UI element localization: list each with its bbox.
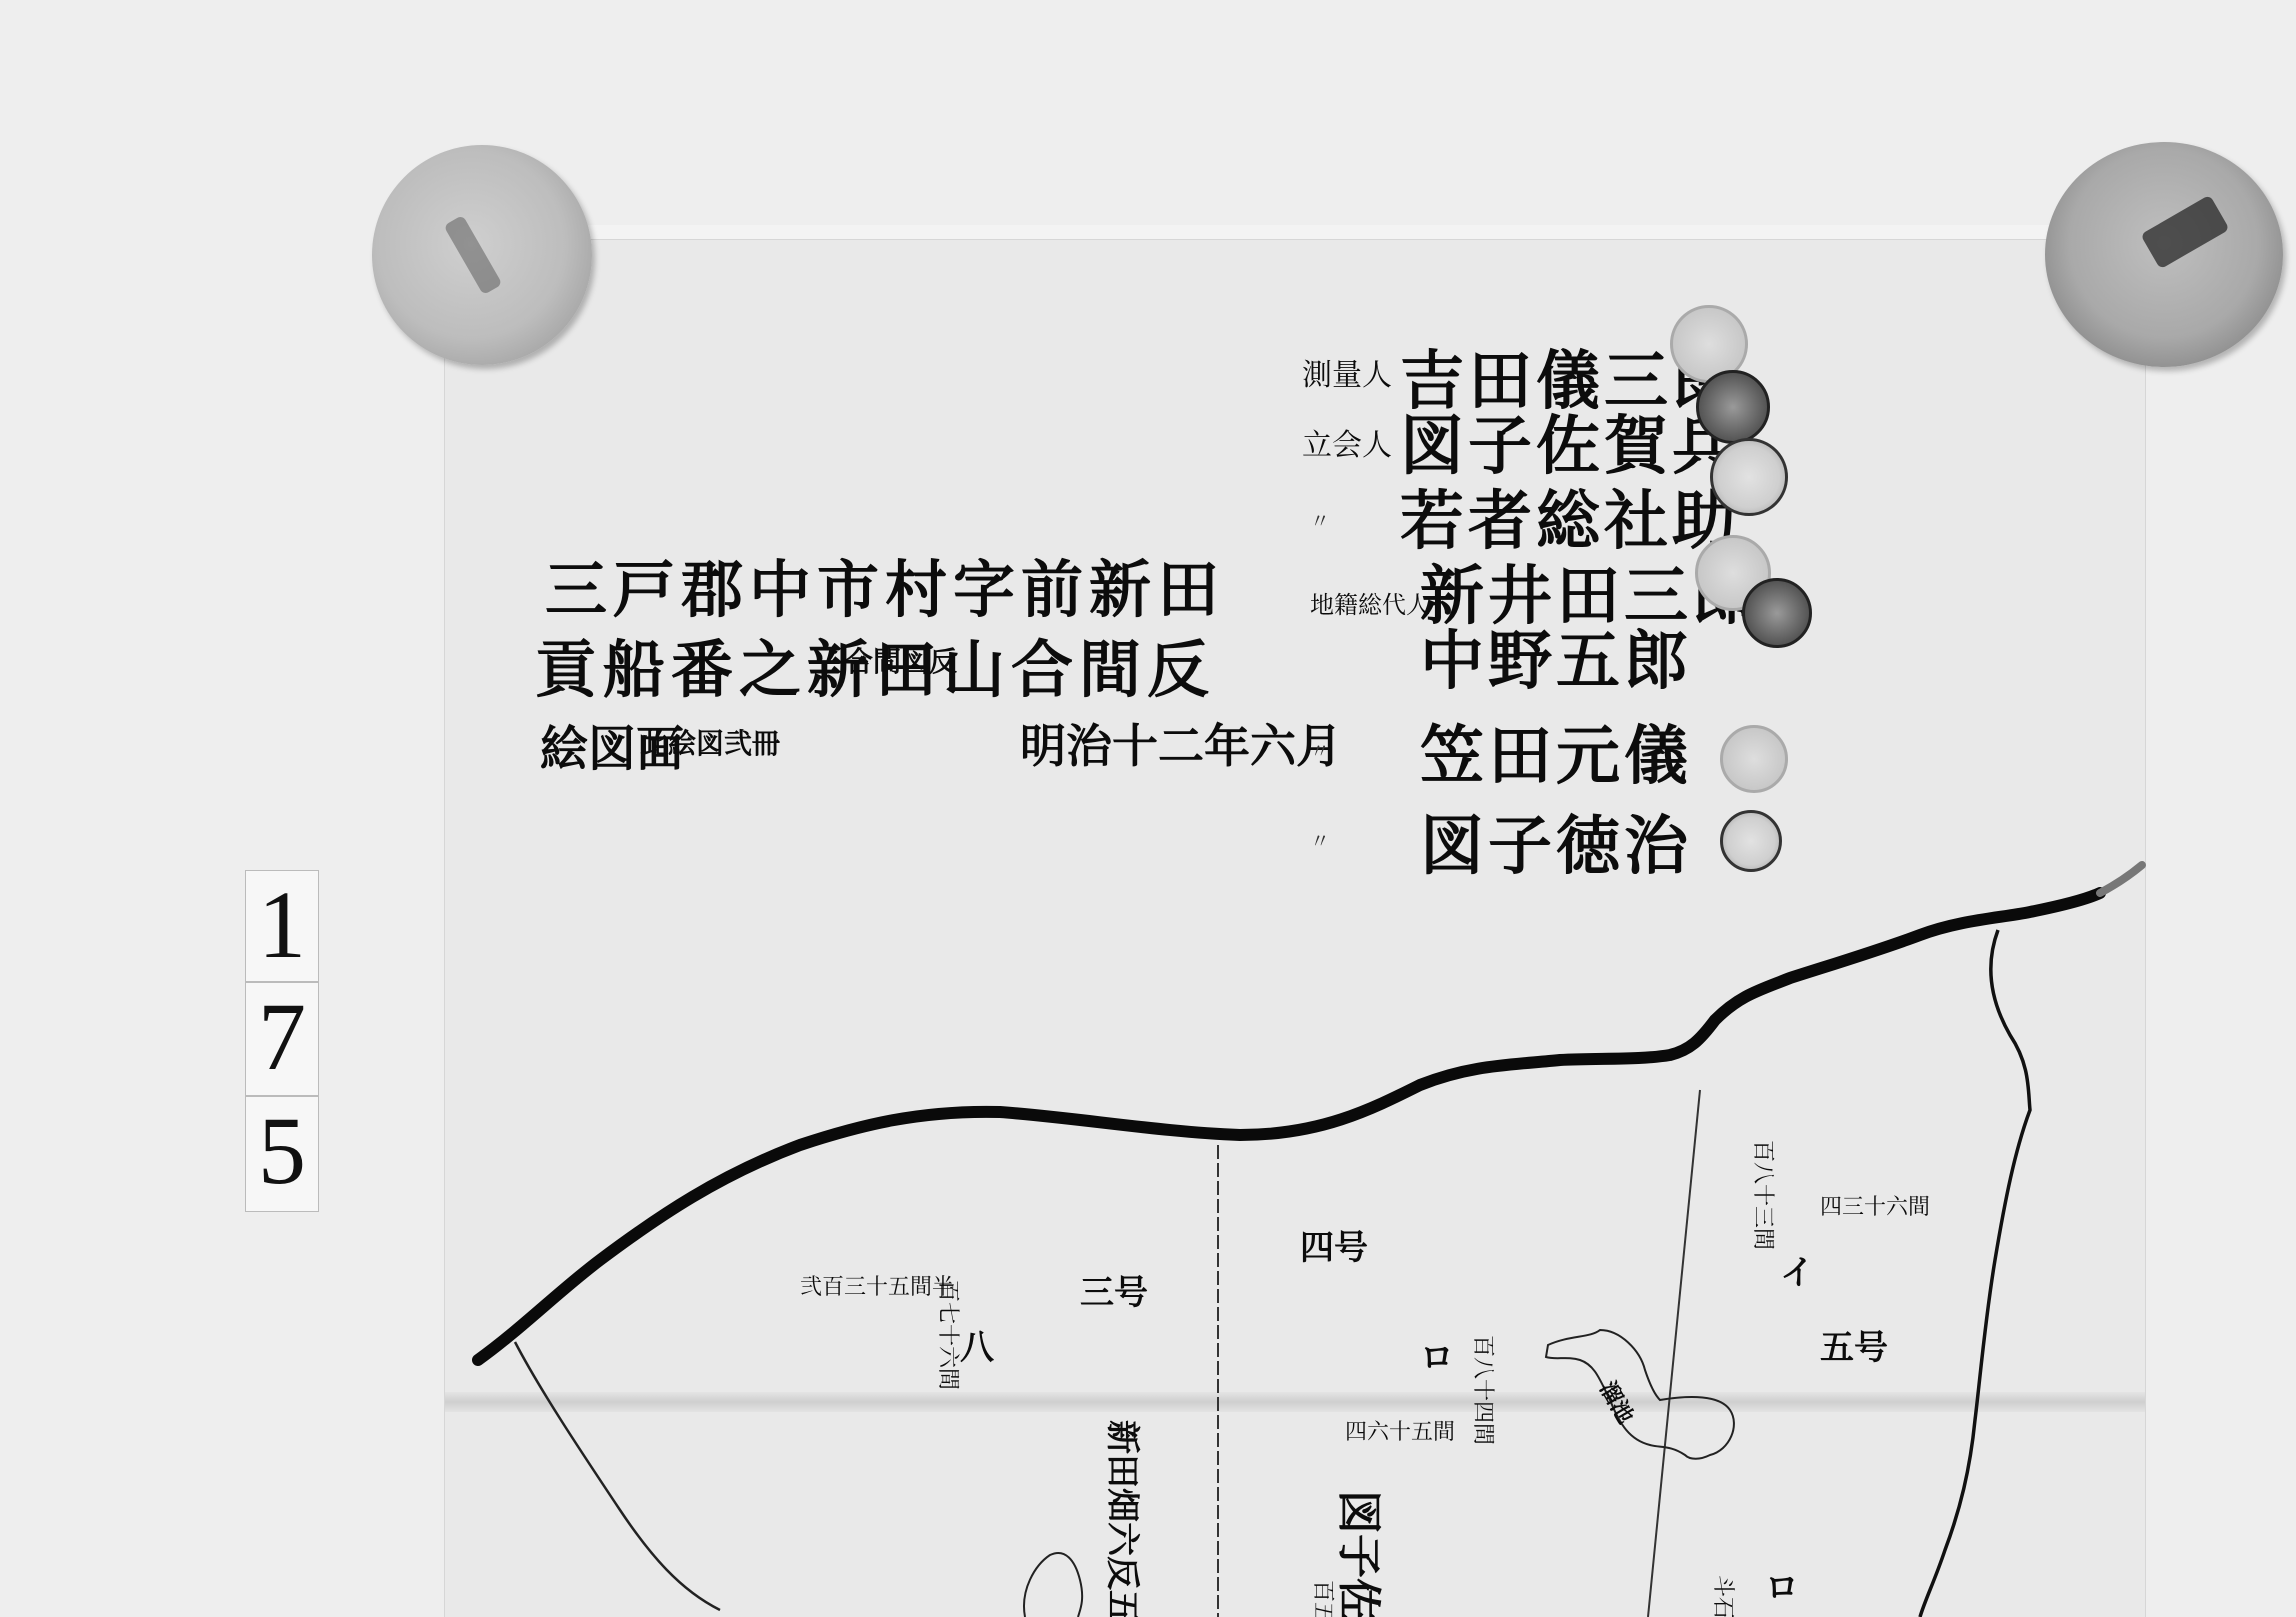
seal-stamp [1720, 810, 1782, 872]
seal-stamp [1710, 438, 1788, 516]
signature-role: 地籍総代人 [1310, 585, 1430, 620]
map-lot-4-label: 四号 [1300, 1220, 1368, 1269]
signature-name: 図子徳治 [1420, 795, 1692, 887]
boundary-line-left [515, 1342, 720, 1610]
seal-stamp [1742, 578, 1812, 648]
map-dimension-label: 百八十三間 [1749, 1140, 1780, 1250]
title-annotation: 合間図反 [845, 640, 957, 680]
map-lot-5-label: 五号 [1820, 1320, 1888, 1369]
map-shinden-label: 新田畑六反五 [1101, 1420, 1150, 1617]
signature-name: 笠田元儀 [1420, 705, 1692, 797]
map-drawing [0, 0, 2296, 1617]
signature-role: 測量人 [1302, 350, 1392, 394]
title-sub-annotation: 此絵図弐冊 [640, 722, 780, 762]
map-mark-ro: ロ [1420, 1330, 1454, 1379]
river-line-fade [2100, 865, 2142, 893]
map-mark-ro: ロ [1765, 1560, 1799, 1609]
map-dimension-label: 四三十六間 [1820, 1190, 1930, 1221]
seal-stamp [1720, 725, 1788, 793]
pond-outline [1546, 1330, 1734, 1459]
boundary-line-right [1920, 930, 2030, 1617]
signature-name: 中野五郎 [1420, 610, 1692, 702]
map-mark-i: イ [1780, 1245, 1814, 1294]
river-line [478, 893, 2100, 1360]
seal-stamp [1696, 370, 1770, 444]
map-dimension-label: 百五 [1309, 1580, 1340, 1617]
map-lot-3-label: 三号 [1080, 1265, 1148, 1314]
map-owner-label: 図子佐 [1331, 1490, 1395, 1617]
date-line: 明治十二年六月 [1020, 710, 1342, 776]
lot-divider-diagonal [1648, 1090, 1700, 1617]
signature-role: 〃 [1310, 735, 1330, 764]
map-dimension-label: 四六十五間 [1345, 1415, 1455, 1446]
map-mark-hachi: 八 [960, 1320, 994, 1369]
small-pond-outline [1024, 1553, 1082, 1617]
signature-role: 〃 [1310, 505, 1330, 534]
signature-role: 〃 [1310, 825, 1330, 854]
map-dimension-label: 弐百三十五間半 [800, 1270, 954, 1301]
map-dimension-label: 斗石 [1709, 1575, 1740, 1617]
title-line-1: 三戸郡中市村字前新田 [545, 540, 1225, 629]
map-dimension-label: 百八十四間 [1469, 1335, 1500, 1445]
signature-role: 立会人 [1302, 420, 1392, 464]
